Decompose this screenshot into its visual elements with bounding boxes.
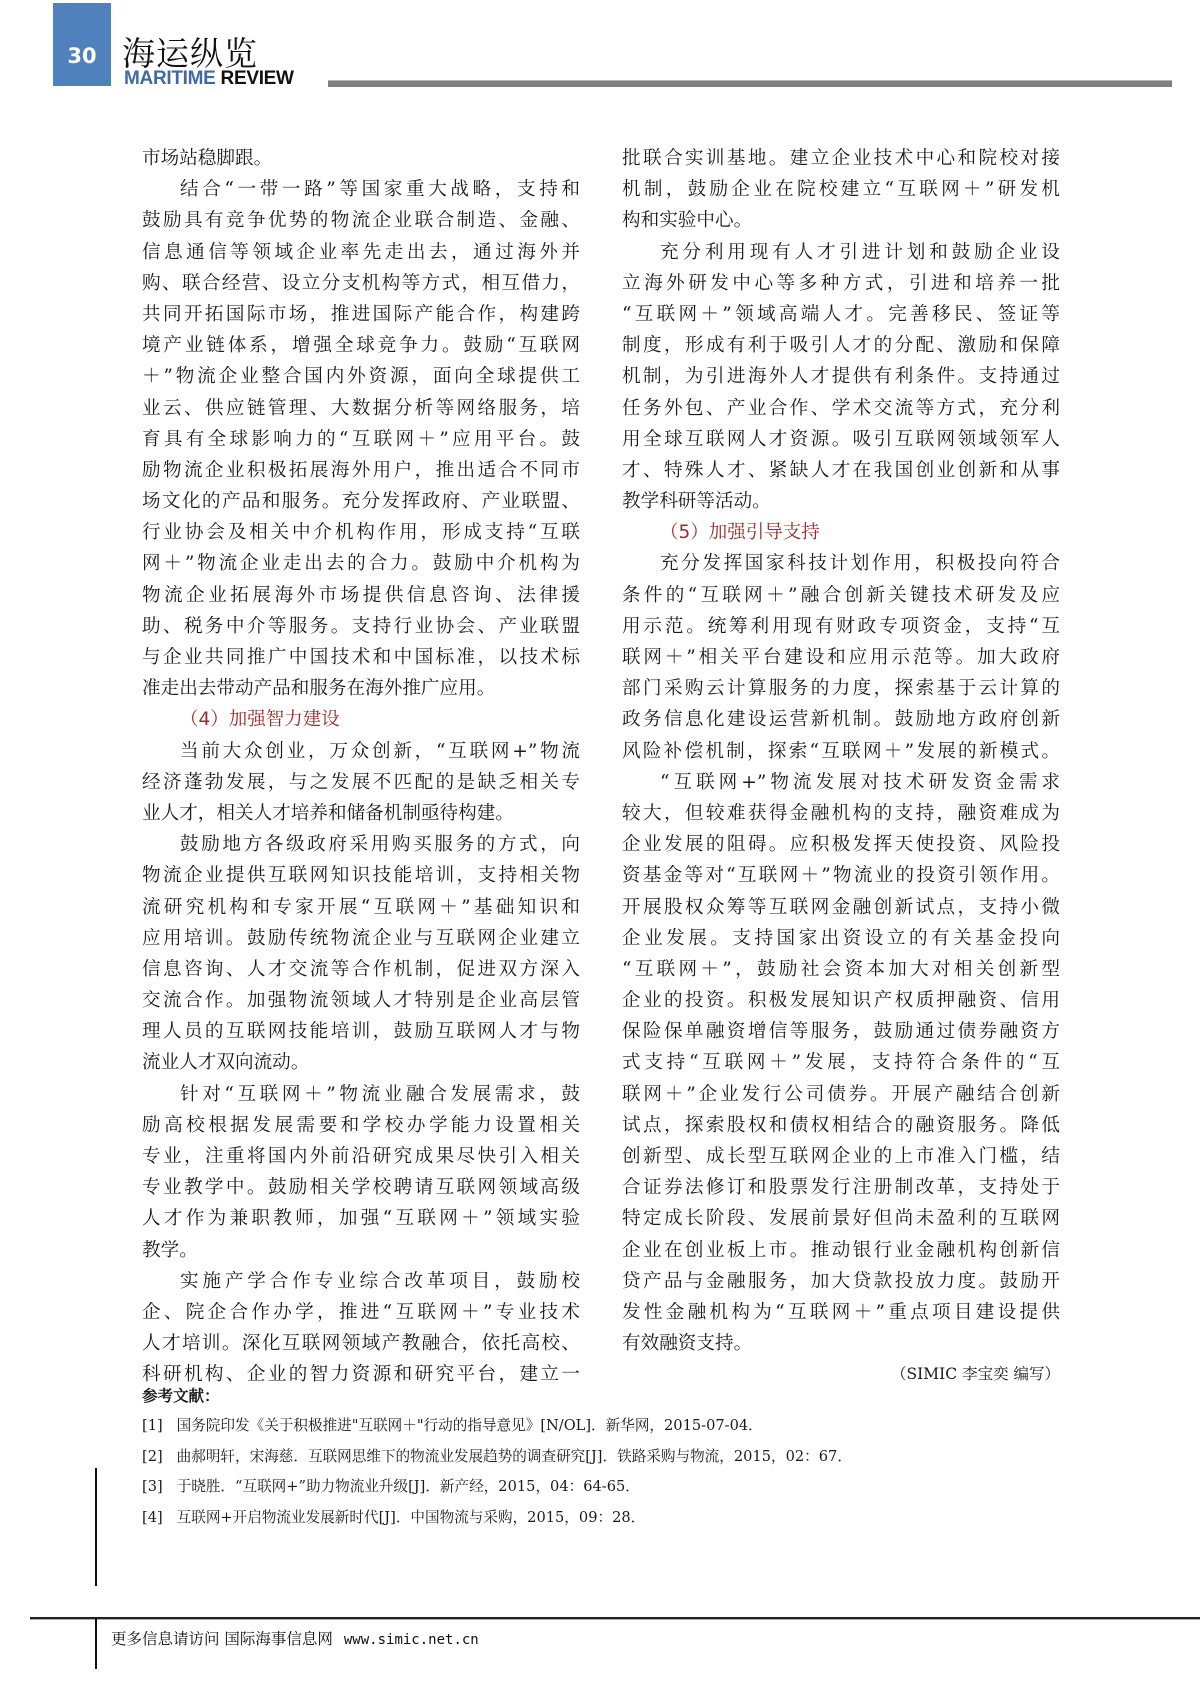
- text-line: 立海外研发中心等多种方式，引进和培养一批: [622, 268, 1060, 299]
- text-line: 网＋”物流企业走出去的合力。鼓励中介机构为: [142, 548, 580, 579]
- text-line: 励高校根据发展需要和学校办学能力设置相关: [142, 1110, 580, 1141]
- text-line: 行业协会及相关中介机构作用，形成支持“互联: [142, 517, 580, 548]
- text-line: 业人才，相关人才培养和储备机制亟待构建。: [142, 798, 580, 829]
- page-number: 30: [53, 44, 111, 68]
- reference-text: 于晓胜．“互联网+”助力物流业升级[J]．新产经，2015，04：64-65．: [177, 1478, 640, 1495]
- text-line: 企业在创业板上市。推动银行业金融机构创新信: [622, 1235, 1060, 1266]
- reference-index: [1]: [142, 1417, 172, 1434]
- text-line: “互联网+”物流发展对技术研发资金需求: [622, 767, 1060, 798]
- reference-text: 曲郝明轩，宋海慈．互联网思维下的物流业发展趋势的调查研究[J]．铁路采购与物流，…: [177, 1448, 852, 1465]
- text-line: 政务信息化建设运营新机制。鼓励地方政府创新: [622, 704, 1060, 735]
- text-line: 构和实验中心。: [622, 205, 1060, 236]
- text-line: 机制，为引进海外人才提供有利条件。支持通过: [622, 361, 1060, 392]
- text-line: 信息咨询、人才交流等合作机制，促进双方深入: [142, 954, 580, 985]
- text-line: 充分利用现有人才引进计划和鼓励企业设: [622, 237, 1060, 268]
- text-line: 流业人才双向流动。: [142, 1047, 580, 1078]
- text-line: 准走出去带动产品和服务在海外推广应用。: [142, 673, 580, 704]
- reference-index: [2]: [142, 1448, 172, 1465]
- page-number-badge: 30: [53, 3, 111, 86]
- text-line: 创新型、成长型互联网企业的上市准入门槛，结: [622, 1141, 1060, 1172]
- text-line: 流研究机构和专家开展“互联网＋”基础知识和: [142, 892, 580, 923]
- text-line: 试点，探索股权和债权相结合的融资服务。降低: [622, 1110, 1060, 1141]
- text-line: 人才作为兼职教师，加强“互联网＋”领域实验: [142, 1203, 580, 1234]
- text-line: 专业，注重将国内外前沿研究成果尽快引入相关: [142, 1141, 580, 1172]
- text-line: 部门采购云计算服务的力度，探索基于云计算的: [622, 673, 1060, 704]
- text-line: 人才培训。深化互联网领域产教融合，依托高校、: [142, 1328, 580, 1359]
- text-line: “互联网＋”，鼓励社会资本加大对相关创新型: [622, 954, 1060, 985]
- text-line: 才、特殊人才、紧缺人才在我国创业创新和从事: [622, 455, 1060, 486]
- text-line: 当前大众创业，万众创新，“互联网+”物流: [142, 736, 580, 767]
- text-line: 实施产学合作专业综合改革项目，鼓励校: [142, 1266, 580, 1297]
- text-line: 物流企业拓展海外市场提供信息咨询、法律援: [142, 580, 580, 611]
- text-line: 市场站稳脚跟。: [142, 143, 580, 174]
- text-line: ＋”物流企业整合国内外资源，面向全球提供工: [142, 361, 580, 392]
- text-line: 交流合作。加强物流领域人才特别是企业高层管: [142, 985, 580, 1016]
- text-line: 风险补偿机制，探索“互联网＋”发展的新模式。: [622, 736, 1060, 767]
- text-line: 合证券法修订和股票发行注册制改革，支持处于: [622, 1172, 1060, 1203]
- text-line: 用全球互联网人才资源。吸引互联网领域领军人: [622, 424, 1060, 455]
- text-line: 教学科研等活动。: [622, 486, 1060, 517]
- reference-index: [3]: [142, 1478, 172, 1495]
- section-heading: （5）加强引导支持: [622, 517, 1060, 548]
- text-line: 企业发展的阻碍。应积极发挥天使投资、风险投: [622, 829, 1060, 860]
- text-line: 制度，形成有利于吸引人才的分配、激励和保障: [622, 330, 1060, 361]
- magazine-title-en-review: REVIEW: [221, 68, 294, 89]
- header-divider: [328, 80, 1172, 87]
- text-line: 资基金等对“互联网＋”物流业的投资引领作用。: [622, 860, 1060, 891]
- footer-url-link[interactable]: www.simic.net.cn: [344, 1632, 479, 1648]
- text-line: 应用培训。鼓励传统物流企业与互联网企业建立: [142, 923, 580, 954]
- references-title: 参考文献：: [142, 1384, 1042, 1414]
- text-line: 育具有全球影响力的“互联网＋”应用平台。鼓: [142, 424, 580, 455]
- text-line: 共同开拓国际市场，推进国际产能合作，构建跨: [142, 299, 580, 330]
- text-line: 理人员的互联网技能培训，鼓励互联网人才与物: [142, 1016, 580, 1047]
- text-line: 教学。: [142, 1235, 580, 1266]
- text-line: 信息通信等领域企业率先走出去，通过海外并: [142, 237, 580, 268]
- text-line: 经济蓬勃发展，与之发展不匹配的是缺乏相关专: [142, 767, 580, 798]
- text-line: 企业发展。支持国家出资设立的有关基金投向: [622, 923, 1060, 954]
- text-line: 针对“互联网＋”物流业融合发展需求，鼓: [142, 1079, 580, 1110]
- text-line: 有效融资支持。: [622, 1328, 1060, 1359]
- reference-item: [1] 国务院印发《关于积极推进"互联网＋"行动的指导意见》[N/OL]．新华网…: [142, 1414, 1042, 1445]
- text-line: 开展股权众筹等互联网金融创新试点，支持小微: [622, 892, 1060, 923]
- reference-text: 国务院印发《关于积极推进"互联网＋"行动的指导意见》[N/OL]．新华网，201…: [177, 1417, 763, 1434]
- references: 参考文献： [1] 国务院印发《关于积极推进"互联网＋"行动的指导意见》[N/O…: [142, 1384, 1042, 1536]
- text-line: 用示范。统筹利用现有财政专项资金，支持“互: [622, 611, 1060, 642]
- text-line: 贷产品与金融服务，加大贷款投放力度。鼓励开: [622, 1266, 1060, 1297]
- text-line: 联网＋”相关平台建设和应用示范等。加大政府: [622, 642, 1060, 673]
- reference-item: [4] 互联网+开启物流业发展新时代[J]．中国物流与采购，2015，09：28…: [142, 1506, 1042, 1537]
- text-line: 特定成长阶段、发展前景好但尚未盈利的互联网: [622, 1203, 1060, 1234]
- text-line: 助、税务中介等服务。支持行业协会、产业联盟: [142, 611, 580, 642]
- text-line: 保险保单融资增信等服务，鼓励通过债券融资方: [622, 1016, 1060, 1047]
- margin-vertical-rule: [95, 1468, 97, 1586]
- text-line: 鼓励地方各级政府采用购买服务的方式，向: [142, 829, 580, 860]
- text-line: 购、联合经营、设立分支机构等方式，相互借力，: [142, 268, 580, 299]
- magazine-title-en: MARITIME REVIEW: [124, 68, 294, 90]
- text-line: 业云、供应链管理、大数据分析等网络服务，培: [142, 393, 580, 424]
- text-line: 与企业共同推广中国技术和中国标准，以技术标: [142, 642, 580, 673]
- reference-item: [3] 于晓胜．“互联网+”助力物流业升级[J]．新产经，2015，04：64-…: [142, 1475, 1042, 1506]
- text-line: 较大，但较难获得金融机构的支持，融资难成为: [622, 798, 1060, 829]
- footer: 更多信息请访问 国际海事信息网 www.simic.net.cn: [111, 1627, 479, 1649]
- text-line: 物流企业提供互联网知识技能培训，支持相关物: [142, 860, 580, 891]
- text-line: 充分发挥国家科技计划作用，积极投向符合: [622, 548, 1060, 579]
- text-line: 机制，鼓励企业在院校建立“互联网＋”研发机: [622, 174, 1060, 205]
- text-line: 式支持“互联网＋”发展，支持符合条件的“互: [622, 1047, 1060, 1078]
- text-line: 鼓励具有竞争优势的物流企业联合制造、金融、: [142, 205, 580, 236]
- text-line: 条件的“互联网＋”融合创新关键技术研发及应: [622, 580, 1060, 611]
- footer-vertical-rule: [95, 1617, 97, 1669]
- text-line: 批联合实训基地。建立企业技术中心和院校对接: [622, 143, 1060, 174]
- text-line: 发性金融机构为“互联网＋”重点项目建设提供: [622, 1297, 1060, 1328]
- reference-item: [2] 曲郝明轩，宋海慈．互联网思维下的物流业发展趋势的调查研究[J]．铁路采购…: [142, 1445, 1042, 1476]
- section-heading: （4）加强智力建设: [142, 704, 580, 735]
- left-column: 市场站稳脚跟。结合“一带一路”等国家重大战略，支持和鼓励具有竞争优势的物流企业联…: [142, 143, 580, 1391]
- reference-text: 互联网+开启物流业发展新时代[J]．中国物流与采购，2015，09：28．: [177, 1509, 646, 1526]
- text-line: 任务外包、产业合作、学术交流等方式，充分利: [622, 393, 1060, 424]
- footer-divider: [30, 1617, 1200, 1620]
- text-line: “互联网＋”领域高端人才。完善移民、签证等: [622, 299, 1060, 330]
- text-line: 结合“一带一路”等国家重大战略，支持和: [142, 174, 580, 205]
- text-line: 境产业链体系，增强全球竞争力。鼓励“互联网: [142, 330, 580, 361]
- magazine-title-en-maritime: MARITIME: [124, 68, 216, 89]
- reference-index: [4]: [142, 1509, 172, 1526]
- text-line: 专业教学中。鼓励相关学校聘请互联网领域高级: [142, 1172, 580, 1203]
- footer-text: 更多信息请访问 国际海事信息网: [111, 1630, 333, 1648]
- text-line: 企业的投资。积极发展知识产权质押融资、信用: [622, 985, 1060, 1016]
- text-line: 企、院企合作办学，推进“互联网＋”专业技术: [142, 1297, 580, 1328]
- text-line: 励物流企业积极拓展海外用户，推出适合不同市: [142, 455, 580, 486]
- text-line: 场文化的产品和服务。充分发挥政府、产业联盟、: [142, 486, 580, 517]
- right-column: 批联合实训基地。建立企业技术中心和院校对接机制，鼓励企业在院校建立“互联网＋”研…: [622, 143, 1060, 1391]
- text-line: 联网＋”企业发行公司债券。开展产融结合创新: [622, 1079, 1060, 1110]
